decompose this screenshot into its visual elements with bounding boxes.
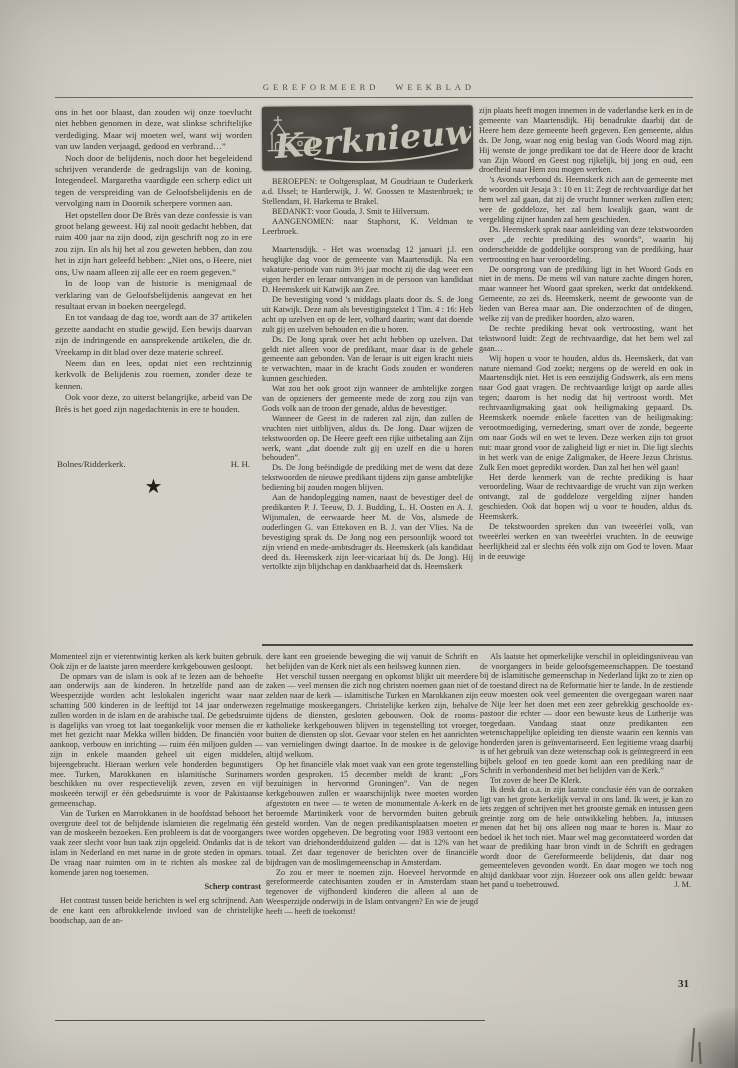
paragraph: Ik denk dat o.a. in zijn laatste conclus… [480,785,693,890]
church-notices: BEROEPEN: te Ooltgensplaat, M Goudriaan … [262,177,473,236]
contrast-paragraphs: Het contrast tussen beide berichten is w… [50,896,263,925]
paragraph: Neem dan en lees, opdat niet een rechtzi… [55,358,252,392]
paragraph: De opmars van de islam is ook af te leze… [50,672,263,809]
debres-paragraphs: ons in het oor blaast, dan zouden wij on… [55,107,252,415]
paragraph: In de loop van de historie is menigmaal … [55,278,252,312]
islam-article-column2: dere kant een groeiende beweging die wij… [266,652,478,917]
subheading-scherp-contrast: Scherp contrast [50,882,261,892]
paragraph: Zo zou er meer te noemen zijn. Hoeveel h… [266,868,478,917]
paragraph: De tekstwoorden spreken dus van tweeërle… [479,522,693,562]
paragraph: ’s Avonds verbond ds. Heemskerk zich aan… [479,175,693,225]
paragraph: Het contrast tussen beide berichten is w… [50,896,263,925]
bottom-rule [55,1020,485,1021]
masthead-title: GEREFORMEERD WEEKBLAD [0,82,738,92]
paragraph: Wij hopen u voor te houden, aldus ds. He… [479,354,693,473]
paragraph: Op het financiële vlak moet vaak van een… [266,760,478,868]
paragraph: Ds. Heemskerk sprak naar aanleiding van … [479,225,693,265]
editor-comment-paragraphs: Ik denk dat o.a. in zijn laatste conclus… [480,785,693,890]
paragraph: De rechte prediking bevat ook vertroosti… [479,324,693,354]
paragraph: ons in het oor blaast, dan zouden wij on… [55,107,252,153]
paragraph: En tot vandaag de dag toe, wordt aan de … [55,312,252,358]
paragraph: Het verschil tussen neergang en opkomst … [266,672,478,760]
column3-paragraphs: Als laatste het opmerkelijke verschil in… [480,652,693,776]
paragraph: BEROEPEN: te Ooltgensplaat, M Goudriaan … [262,177,473,207]
paragraph: Maartensdijk. - Het was woensdag 12 janu… [262,245,473,295]
islam-article-column3: Als laatste het opmerkelijke verschil in… [480,652,693,890]
signature-initials: H. H. [231,459,250,470]
paragraph: Van de Turken en Marrokkanen in de hoofd… [50,809,263,878]
paragraph: Als laatste het opmerkelijke verschil in… [480,652,693,776]
page-number: 31 [678,978,689,990]
paragraph: zijn plaats heeft mogen innemen in de va… [479,106,693,175]
paragraph: De oorsprong van de prediking ligt in he… [479,265,693,324]
header-rule [55,97,693,98]
paragraph: Aan de handoplegging namen, naast de bev… [262,493,473,572]
islam-article-column1: Momenteel zijn er vierentwintig kerken a… [50,652,263,926]
report-paragraphs: zijn plaats heeft mogen innemen in de va… [479,106,693,562]
closing-line: Tot zover de heer De Klerk. [480,776,693,786]
column2-paragraphs: dere kant een groeiende beweging die wij… [266,652,478,917]
paragraph: Ook voor deze, zo uiterst belangrijke, a… [55,392,252,415]
kerknieuws-column: Kerknieuws BEROEPEN: te Ooltgensplaat, M… [262,106,473,572]
paragraph: AANGENOMEN: naar Staphorst, K. Veldman t… [262,217,473,237]
maartensdijk-report-part1: Maartensdijk. - Het was woensdag 12 janu… [262,245,473,572]
paragraph: Het derde kenmerk van de rechte predikin… [479,473,693,523]
paragraph: De bevestiging vond ’s middags plaats do… [262,295,473,335]
banner-title: Kerknieuws [272,111,471,167]
islam-paragraphs: Momenteel zijn er vierentwintig kerken a… [50,652,263,877]
article-column-debres: ons in het oor blaast, dan zouden wij on… [55,107,252,494]
paragraph: dere kant een groeiende beweging die wij… [266,652,478,672]
scanned-newspaper-page: { "header": { "title": "GEREFORMEERD WEE… [0,0,738,1068]
paragraph: Wat zou het ook groot zijn wanneer de am… [262,384,473,414]
paragraph: Wanneer de Geest in de raderen zal zijn,… [262,414,473,464]
maartensdijk-report-part2: zijn plaats heeft mogen innemen in de va… [479,106,693,562]
paragraph: Momenteel zijn er vierentwintig kerken a… [50,652,263,672]
paragraph: BEDANKT: voor Gouda, J. Smit te Hilversu… [262,207,473,217]
star-icon: ★ [55,482,252,493]
section-divider-rule [262,644,693,646]
article-signature-row: Bolnes/Ridderkerk. H. H. [55,459,252,470]
kerknieuws-banner-art: Kerknieuws [262,105,471,170]
paragraph: Ds. De Jong sprak over het acht hebben o… [262,335,473,385]
paragraph: Het opstellen door De Brès van deze conf… [55,210,252,278]
paragraph: Noch door de belijdenis, noch door het b… [55,153,252,210]
paragraph: Ds. De Jong beëindigde de prediking met … [262,463,473,493]
kerknieuws-banner: Kerknieuws [262,105,473,170]
scan-corner-blotch [672,1008,738,1068]
signature-place: Bolnes/Ridderkerk. [57,459,126,470]
